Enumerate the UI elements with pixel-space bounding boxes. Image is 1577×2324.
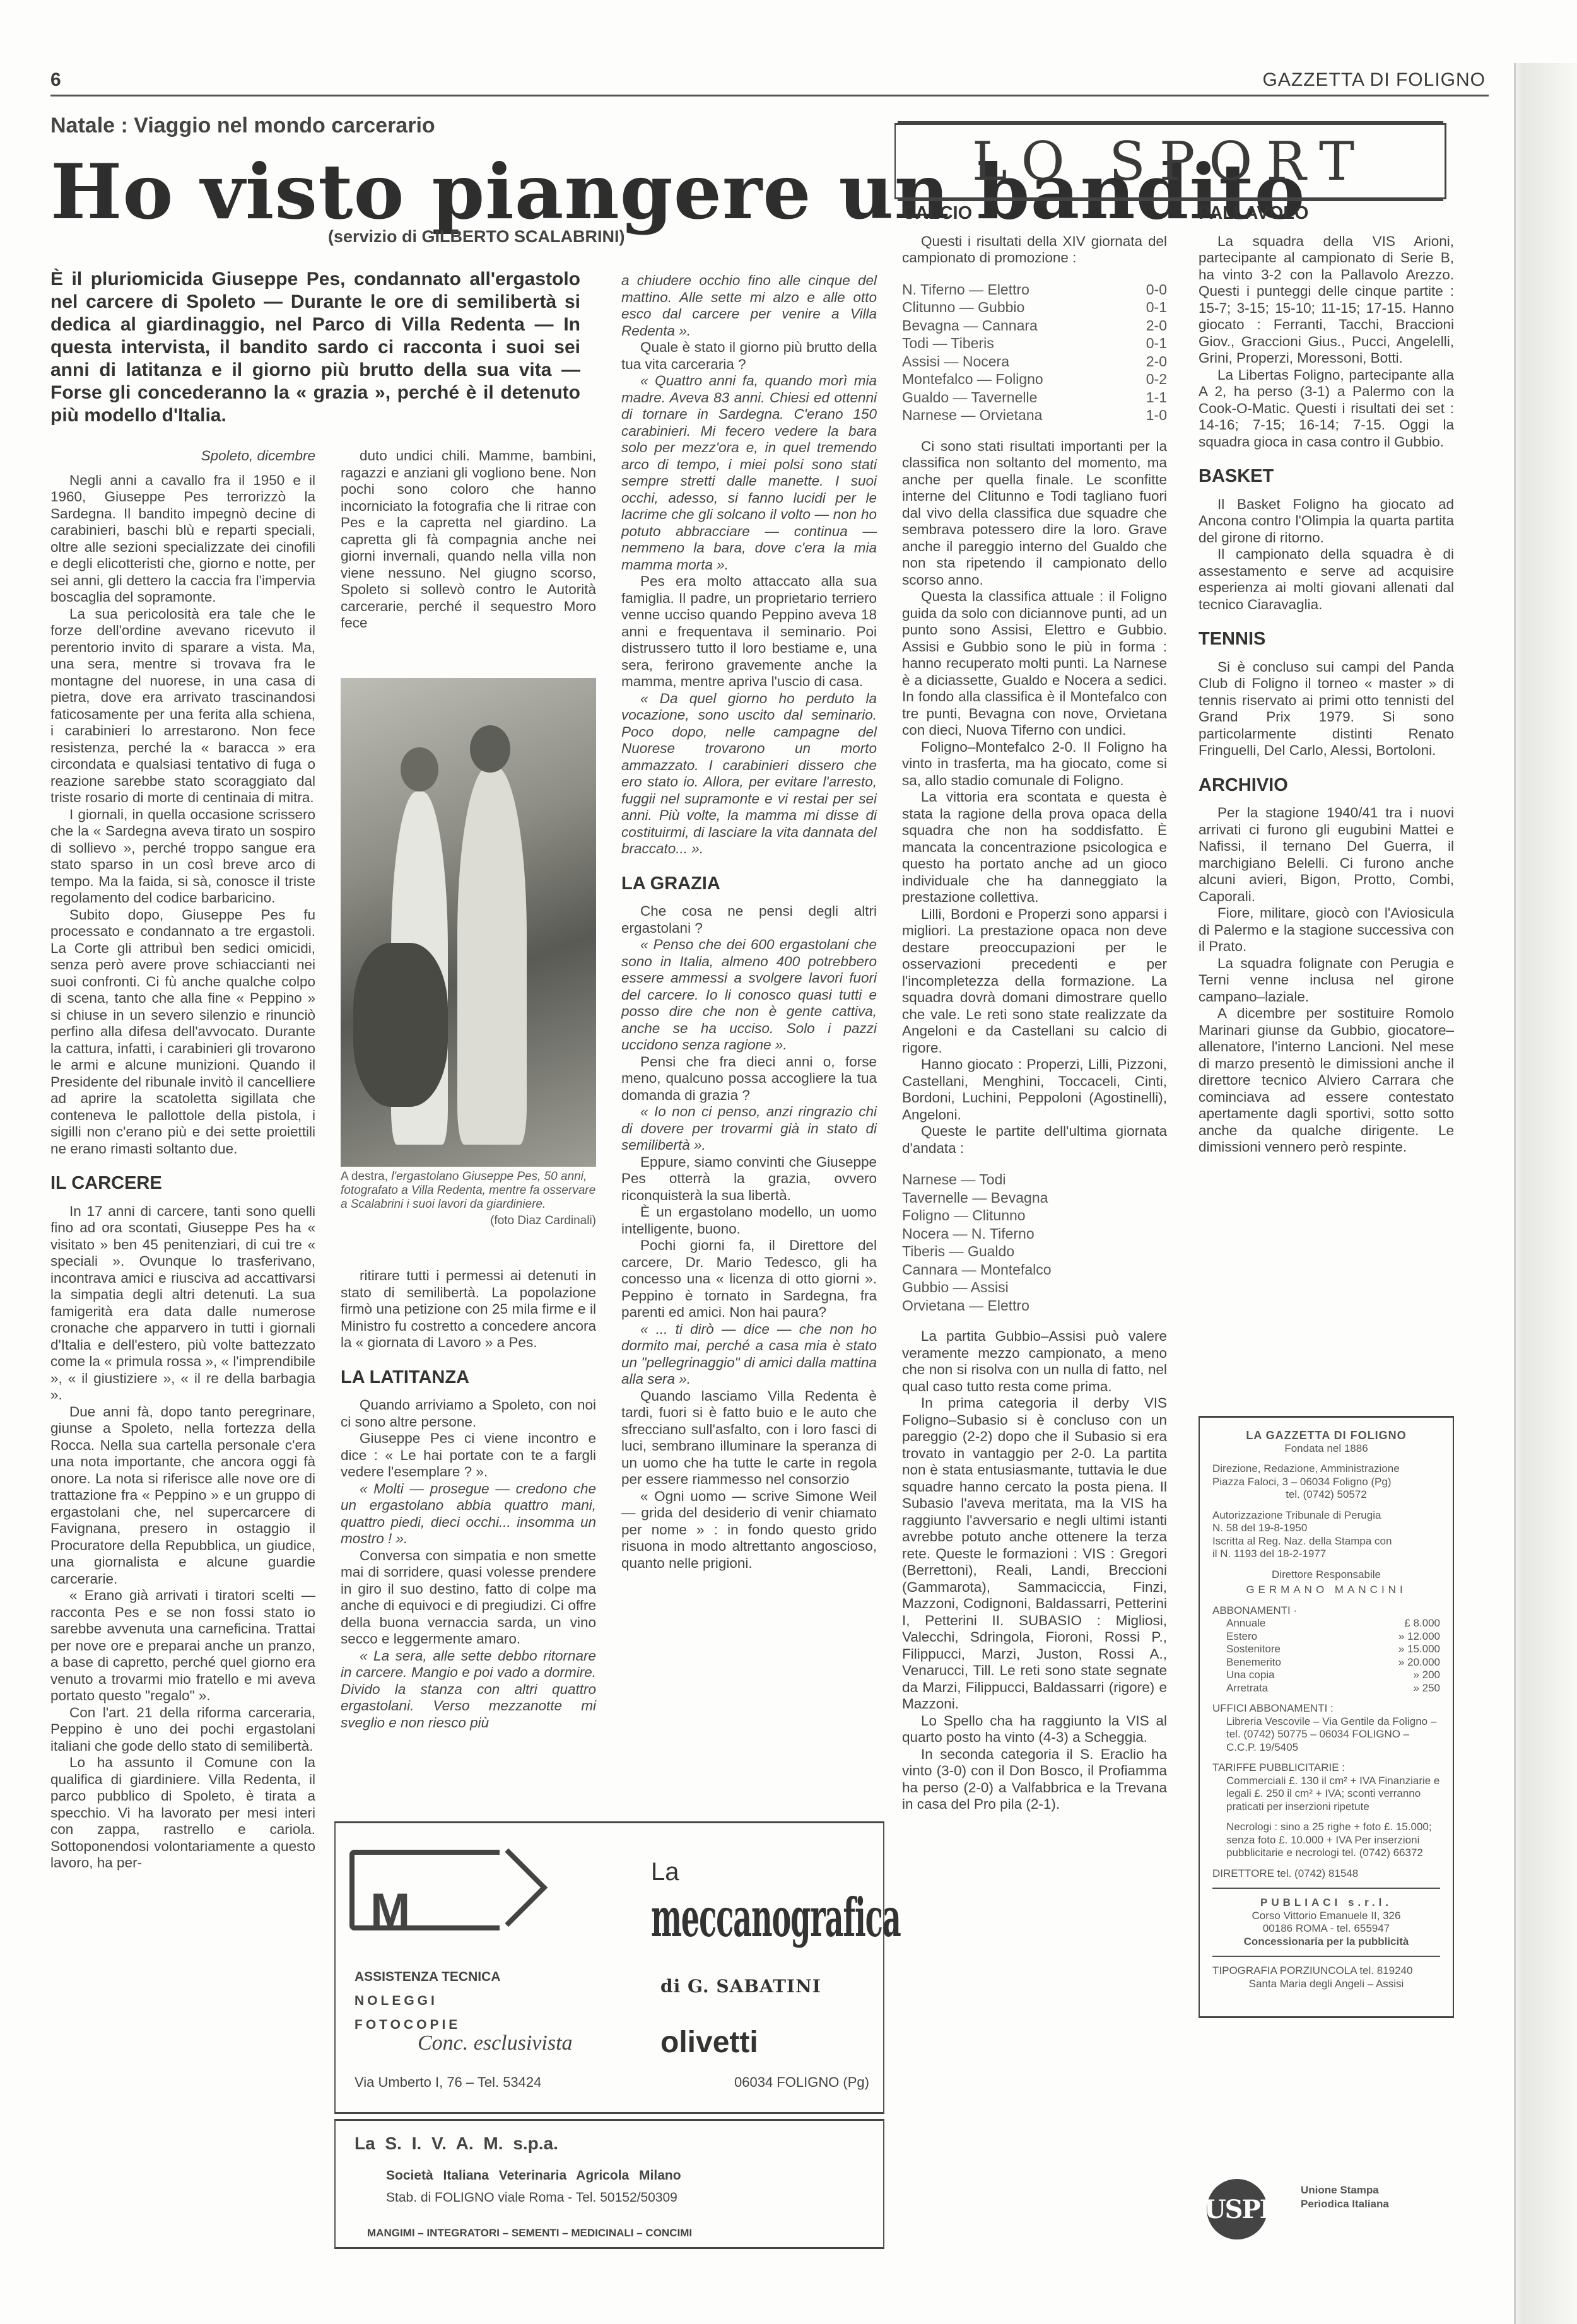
paragraph: « ... ti dirò — dice — che non ho dormit… (621, 1321, 877, 1388)
page-number: 6 (50, 69, 61, 91)
paragraph: Hanno giocato : Properzi, Lilli, Pizzoni… (902, 1056, 1167, 1123)
ad-olivetti: olivetti (660, 2025, 758, 2060)
divider (1212, 1888, 1440, 1889)
subscriptions-list: Annuale£ 8.000Estero» 12.000Sostenitore»… (1212, 1617, 1440, 1695)
uspi-logo-icon: USPI (1207, 2179, 1267, 2239)
page-edge (1514, 63, 1577, 2324)
divider (1212, 1956, 1440, 1957)
article-column-1: Spoleto, dicembre Negli anni a cavallo f… (50, 448, 315, 1872)
score: 2-0 (1146, 317, 1167, 335)
fixture-row: Tavernelle — Bevagna (902, 1189, 1167, 1207)
paragraph: Eppure, siamo convinti che Giuseppe Pes … (621, 1154, 877, 1205)
printer-location: Santa Maria degli Angeli – Assisi (1212, 1978, 1440, 1991)
ad-services: ASSISTENZA TECNICA NOLEGGI FOTOCOPIE (355, 1965, 500, 2037)
paragraph: « Penso che dei 600 ergastolani che sono… (621, 937, 877, 1054)
paragraph: a chiudere occhio fino alle cinque del m… (621, 272, 877, 339)
subscription-price: » 20.000 (1398, 1656, 1440, 1669)
paragraph: Si è concluso sui campi del Panda Club d… (1199, 659, 1454, 759)
fixture-row: Tiberis — Gualdo (902, 1242, 1167, 1261)
paragraph: Due anni fà, dopo tanto peregrinare, giu… (50, 1404, 315, 1588)
paragraph: La squadra della VIS Arioni, partecipant… (1199, 233, 1454, 367)
match: Gualdo — Tavernelle (902, 388, 1037, 407)
ad-conc: Conc. esclusivista (418, 2031, 573, 2055)
article-byline: (servizio di GILBERTO SCALABRINI) (328, 227, 625, 247)
subscription-row: Arretrata» 250 (1212, 1682, 1440, 1695)
fixture-row: Narnese — Todi (902, 1171, 1167, 1189)
dateline: Spoleto, dicembre (50, 448, 315, 465)
result-row: Clitunno — Gubbio0-1 (902, 298, 1167, 317)
subscription-price: » 200 (1413, 1669, 1440, 1682)
paragraph: La squadra folignate con Perugia e Terni… (1199, 955, 1454, 1006)
ad-address: Via Umberto I, 76 – Tel. 53424 (355, 2074, 541, 2091)
paragraph: Che cosa ne pensi degli altri ergastolan… (621, 903, 877, 937)
sivam-full-name: Società Italiana Veterinaria Agricola Mi… (386, 2168, 681, 2183)
offices-heading: UFFICI ABBONAMENTI : (1212, 1702, 1440, 1715)
sivam-products: MANGIMI – INTEGRATORI – SEMENTI – MEDICI… (367, 2227, 692, 2239)
paragraph: Quale è stato il giorno più brutto della… (621, 339, 877, 373)
subscription-price: » 15.000 (1398, 1643, 1440, 1656)
director-name: GERMANO MANCINI (1212, 1584, 1440, 1597)
paragraph: La vittoria era scontata e questa è stat… (902, 789, 1167, 906)
subscription-row: Benemerito» 20.000 (1212, 1656, 1440, 1669)
result-row: Narnese — Orvietana1-0 (902, 406, 1167, 424)
match: Bevagna — Cannara (902, 317, 1038, 335)
paragraph: Con l'art. 21 della riforma carceraria, … (50, 1705, 315, 1755)
paragraph: A dicembre per sostituire Romolo Marinar… (1199, 1005, 1454, 1156)
paragraph: Queste le partite dell'ultima giornata d… (902, 1123, 1167, 1157)
ad-sivam: La S. I. V. A. M. s.p.a. Società Italian… (334, 2119, 884, 2249)
newspaper-name: GAZZETTA DI FOLIGNO (1263, 69, 1486, 91)
fixture-row: Orvietana — Elettro (902, 1297, 1167, 1315)
sivam-address: Stab. di FOLIGNO viale Roma - Tel. 50152… (386, 2190, 677, 2205)
result-row: Assisi — Nocera2-0 (902, 353, 1167, 371)
offices-text: Libreria Vescovile – Via Gentile da Foli… (1212, 1715, 1440, 1755)
ad-city: 06034 FOLIGNO (Pg) (734, 2074, 869, 2091)
paragraph: Giuseppe Pes ci viene incontro e dice : … (341, 1430, 596, 1481)
paragraph: Lo ha assunto il Comune con la qualifica… (50, 1755, 315, 1872)
subscription-price: » 250 (1413, 1682, 1440, 1695)
section-heading-tennis: TENNIS (1199, 631, 1454, 648)
paragraph: La Libertas Foligno, partecipante alla A… (1199, 367, 1454, 451)
photo-caption: A destra, l'ergastolano Giuseppe Pes, 50… (341, 1170, 596, 1228)
match: Montefalco — Foligno (902, 370, 1043, 388)
paragraph: « Da quel giorno ho perduto la vocazione… (621, 691, 877, 858)
article-intro: È il pluriomicida Giuseppe Pes, condanna… (50, 268, 580, 427)
sivam-title: La S. I. V. A. M. s.p.a. (355, 2134, 558, 2154)
section-heading-il-carcere: IL CARCERE (50, 1175, 315, 1192)
paragraph: Ci sono stati risultati importanti per l… (902, 438, 1167, 589)
score: 1-0 (1146, 406, 1167, 424)
score: 0-0 (1146, 281, 1167, 299)
fixture-row: Cannara — Montefalco (902, 1261, 1167, 1279)
article-photo (341, 678, 596, 1167)
section-heading-calcio: CALCIO (902, 205, 1167, 222)
paragraph: « Molti — prosegue — credono che un erga… (341, 1481, 596, 1548)
paragraph: In 17 anni di carcere, tanti sono quelli… (50, 1203, 315, 1404)
paragraph: « Quattro anni fa, quando morì mia madre… (621, 373, 877, 573)
paragraph: Quando arriviamo a Spoleto, con noi ci s… (341, 1397, 596, 1430)
director-phone: DIRETTORE tel. (0742) 81548 (1212, 1867, 1440, 1881)
paragraph: « Ogni uomo — scrive Simone Weil — grida… (621, 1488, 877, 1572)
calcio-intro: Questi i risultati della XIV giornata de… (902, 233, 1167, 267)
masthead-info-box: LA GAZZETTA DI FOLIGNO Fondata nel 1886 … (1199, 1416, 1454, 2018)
section-heading-archivio: ARCHIVIO (1199, 777, 1454, 794)
obituaries-text: Necrologi : sino a 25 righe + foto £. 15… (1212, 1821, 1440, 1860)
results-table: N. Tiferno — Elettro0-0Clitunno — Gubbio… (902, 281, 1167, 424)
result-row: N. Tiferno — Elettro0-0 (902, 281, 1167, 299)
subscription-row: Sostenitore» 15.000 (1212, 1643, 1440, 1656)
score: 0-2 (1146, 370, 1167, 388)
section-heading-basket: BASKET (1199, 468, 1454, 485)
subscription-label: Arretrata (1226, 1682, 1268, 1695)
fixture-row: Nocera — N. Tiferno (902, 1225, 1167, 1243)
paragraph: « Io non ci penso, anzi ringrazio chi di… (621, 1104, 877, 1154)
score: 0-1 (1146, 334, 1167, 353)
paragraph: Lo Spello cha ha raggiunto la VIS al qua… (902, 1713, 1167, 1746)
article-kicker: Natale : Viaggio nel mondo carcerario (50, 114, 435, 138)
result-row: Montefalco — Foligno0-2 (902, 370, 1167, 388)
paragraph: La sua pericolosità era tale che le forz… (50, 606, 315, 807)
paragraph: Pes era molto attaccato alla sua famigli… (621, 573, 877, 691)
paragraph: Per la stagione 1940/41 tra i nuovi arri… (1199, 805, 1454, 905)
subscription-row: Estero» 12.000 (1212, 1630, 1440, 1644)
paragraph: Il campionato della squadra è di assesta… (1199, 546, 1454, 613)
section-heading-la-grazia: LA GRAZIA (621, 875, 877, 892)
subscription-label: Estero (1226, 1630, 1257, 1644)
subscriptions-heading: ABBONAMENTI · (1212, 1604, 1440, 1618)
paragraph: Negli anni a cavallo fra il 1950 e il 19… (50, 472, 315, 606)
result-row: Todi — Tiberis0-1 (902, 334, 1167, 353)
paragraph: Foligno–Montefalco 2-0. Il Foligno ha vi… (902, 739, 1167, 790)
subscription-row: Annuale£ 8.000 (1212, 1617, 1440, 1630)
paragraph: duto undici chili. Mamme, bambini, ragaz… (341, 448, 596, 632)
ad-meccanografica: M ASSISTENZA TECNICA NOLEGGI FOTOCOPIE C… (334, 1821, 884, 2114)
subscription-label: Benemerito (1226, 1656, 1281, 1669)
uspi-label: Unione Stampa Periodica Italiana (1301, 2183, 1389, 2211)
ad-brand-name: meccanografica (651, 1886, 901, 1949)
paragraph: Quando lasciamo Villa Redenta è tardi, f… (621, 1388, 877, 1488)
printer: TIPOGRAFIA PORZIUNCOLA tel. 819240 (1212, 1965, 1440, 1978)
result-row: Gualdo — Tavernelle1-1 (902, 388, 1167, 407)
paragraph: È un ergastolano modello, un uomo intell… (621, 1204, 877, 1237)
paragraph: Lilli, Bordoni e Properzi sono apparsi i… (902, 906, 1167, 1057)
subscription-row: Una copia» 200 (1212, 1669, 1440, 1682)
fixture-row: Gubbio — Assisi (902, 1278, 1167, 1297)
score: 2-0 (1146, 353, 1167, 371)
agency-role: Concessionaria per la pubblicità (1212, 1936, 1440, 1949)
score: 1-1 (1146, 388, 1167, 407)
match: Assisi — Nocera (902, 353, 1009, 371)
fixtures-list: Narnese — TodiTavernelle — BevagnaFolign… (902, 1171, 1167, 1314)
score: 0-1 (1146, 298, 1167, 317)
sport-section-banner: LO SPORT (894, 123, 1446, 199)
paragraph: Subito dopo, Giuseppe Pes fu processato … (50, 907, 315, 1158)
subscription-price: » 12.000 (1398, 1630, 1440, 1644)
paragraph: ritirare tutti i permessi ai detenuti in… (341, 1268, 596, 1352)
ad-la: La (651, 1858, 679, 1886)
article-column-2-bottom: ritirare tutti i permessi ai detenuti in… (341, 1268, 596, 1731)
logo-letter: M (370, 1883, 410, 1938)
fixture-row: Foligno — Clitunno (902, 1206, 1167, 1225)
match: Narnese — Orvietana (902, 406, 1042, 424)
ads-rates-heading: TARIFFE PUBBLICITARIE : (1212, 1761, 1440, 1775)
director-label: Direttore Responsabile (1212, 1568, 1440, 1582)
ads-rates-text: Commerciali £. 130 il cm² + IVA Finanzia… (1212, 1775, 1440, 1814)
paragraph: « La sera, alle sette debbo ritornare in… (341, 1648, 596, 1732)
paragraph: Fiore, militare, giocò con l'Aviosicula … (1199, 905, 1454, 955)
infobox-address: Direzione, Redazione, Amministrazione Pi… (1212, 1463, 1440, 1502)
subscription-price: £ 8.000 (1404, 1617, 1440, 1630)
match: Todi — Tiberis (902, 334, 994, 353)
ad-owner: di G. SABATINI (660, 1976, 821, 1997)
paragraph: Questa la classifica attuale : il Folign… (902, 588, 1167, 739)
other-sports-column: PALLAVOLO La squadra della VIS Arioni, p… (1199, 205, 1454, 1156)
paragraph: Conversa con simpatia e non smette mai d… (341, 1548, 596, 1648)
paragraph: In seconda categoria il S. Eraclio ha vi… (902, 1746, 1167, 1813)
paragraph: Pochi giorni fa, il Direttore del carcer… (621, 1237, 877, 1321)
section-heading-pallavolo: PALLAVOLO (1199, 205, 1454, 222)
header-rule (50, 95, 1489, 96)
infobox-founded: Fondata nel 1886 (1212, 1442, 1440, 1456)
match: N. Tiferno — Elettro (902, 281, 1029, 299)
infobox-title: LA GAZZETTA DI FOLIGNO (1212, 1429, 1440, 1442)
paragraph: Pensi che fra dieci anni o, forse meno, … (621, 1054, 877, 1104)
infobox-authorization: Autorizzazione Tribunale di Perugia N. 5… (1212, 1509, 1440, 1561)
paragraph: I giornali, in quella occasione scrisser… (50, 807, 315, 907)
calcio-column: CALCIO Questi i risultati della XIV gior… (902, 205, 1167, 1813)
paragraph: In prima categoria il derby VIS Foligno–… (902, 1395, 1167, 1713)
photo-credit: (foto Diaz Cardinali) (341, 1214, 596, 1228)
section-heading-la-latitanza: LA LATITANZA (341, 1369, 596, 1386)
article-column-2-top: duto undici chili. Mamme, bambini, ragaz… (341, 448, 596, 632)
subscription-label: Annuale (1226, 1617, 1265, 1630)
paragraph: La partita Gubbio–Assisi può valere vera… (902, 1328, 1167, 1395)
article-column-3: a chiudere occhio fino alle cinque del m… (621, 272, 877, 1572)
match: Clitunno — Gubbio (902, 298, 1024, 317)
paragraph: « Erano già arrivati i tiratori scelti —… (50, 1587, 315, 1705)
subscription-label: Sostenitore (1226, 1643, 1281, 1656)
paragraph: Il Basket Foligno ha giocato ad Ancona c… (1199, 496, 1454, 547)
subscription-label: Una copia (1226, 1669, 1275, 1682)
agency-name: PUBLIACI s.r.l. (1212, 1896, 1440, 1910)
result-row: Bevagna — Cannara2-0 (902, 317, 1167, 335)
